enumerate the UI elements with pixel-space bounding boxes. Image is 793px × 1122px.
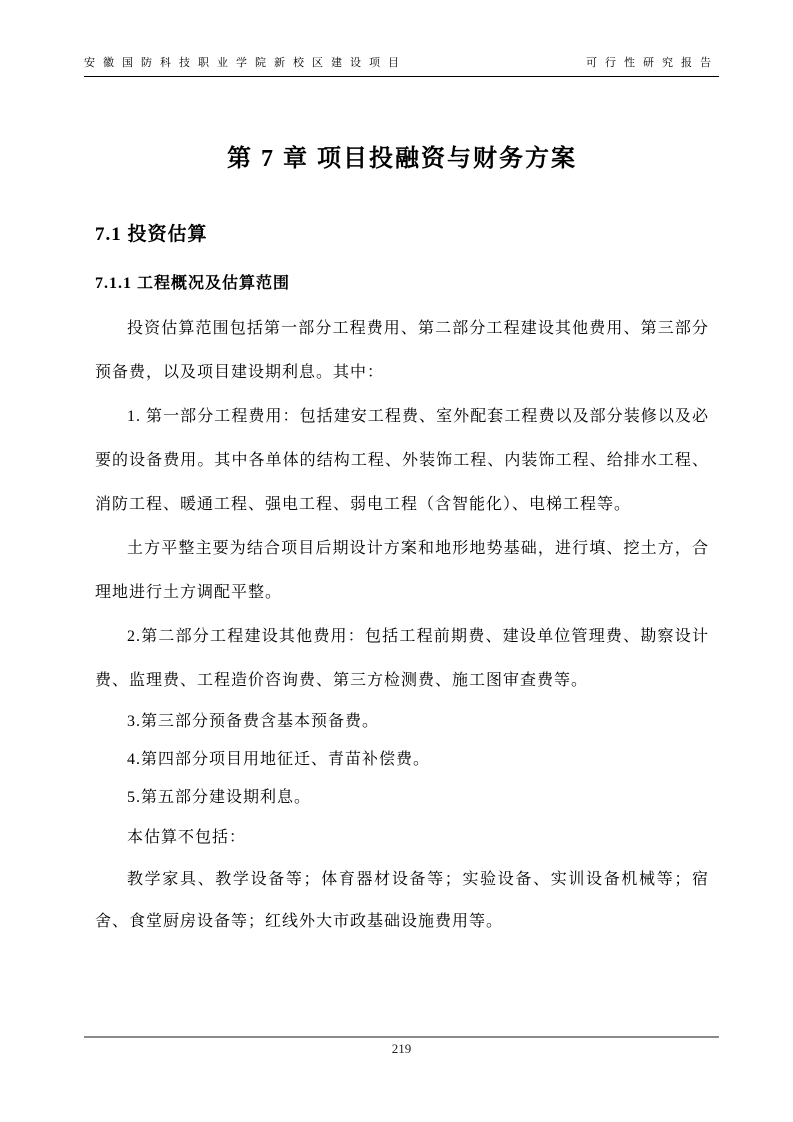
paragraph-part2-other-costs: 2.第二部分工程建设其他费用：包括工程前期费、建设单位管理费、勘察设计费、监理费… bbox=[95, 615, 709, 703]
paragraph-scope-overview: 投资估算范围包括第一部分工程费用、第二部分工程建设其他费用、第三部分预备费，以及… bbox=[95, 307, 709, 395]
paragraph-part4-land: 4.第四部分项目用地征迁、青苗补偿费。 bbox=[95, 741, 709, 779]
paragraph-exclusions-intro: 本估算不包括： bbox=[95, 817, 709, 859]
document-page: 安徽国防科技职业学院新校区建设项目 可行性研究报告 第 7 章 项目投融资与财务… bbox=[0, 0, 793, 1122]
page-number: 219 bbox=[84, 1041, 719, 1057]
page-footer: 219 bbox=[84, 1036, 719, 1057]
document-content: 第 7 章 项目投融资与财务方案 7.1 投资估算 7.1.1 工程概况及估算范… bbox=[95, 76, 709, 943]
paragraph-part5-interest: 5.第五部分建设期利息。 bbox=[95, 779, 709, 817]
header-left-text: 安徽国防科技职业学院新校区建设项目 bbox=[84, 54, 407, 70]
paragraph-exclusions-list: 教学家具、教学设备等；体育器材设备等；实验设备、实训设备机械等；宿舍、食堂厨房设… bbox=[95, 859, 709, 943]
footer-divider bbox=[84, 1036, 719, 1038]
paragraph-part3-reserve: 3.第三部分预备费含基本预备费。 bbox=[95, 703, 709, 741]
header-right-text: 可行性研究报告 bbox=[586, 54, 719, 70]
paragraph-earthwork: 土方平整主要为结合项目后期设计方案和地形地势基础，进行填、挖土方，合理地进行土方… bbox=[95, 527, 709, 615]
chapter-title: 第 7 章 项目投融资与财务方案 bbox=[95, 138, 709, 173]
subsection-title: 7.1.1 工程概况及估算范围 bbox=[95, 270, 709, 293]
section-title: 7.1 投资估算 bbox=[95, 219, 709, 246]
page-header: 安徽国防科技职业学院新校区建设项目 可行性研究报告 bbox=[84, 54, 719, 77]
paragraph-part1-costs: 1. 第一部分工程费用：包括建安工程费、室外配套工程费以及部分装修以及必要的设备… bbox=[95, 395, 709, 527]
